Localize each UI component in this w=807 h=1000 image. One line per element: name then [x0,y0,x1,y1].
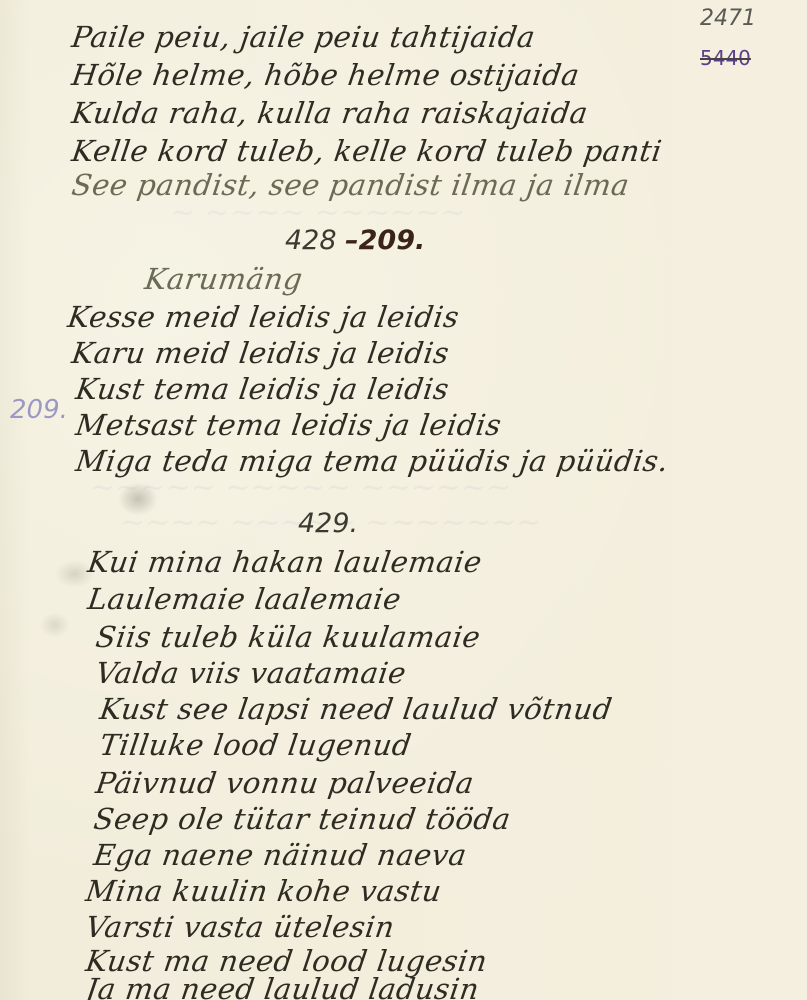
verse-line: Kui mina hakan laulemaie [86,545,485,579]
verse-line: Laulemaie laalemaie [86,582,404,616]
verse-line: Kelle kord tuleb, kelle kord tuleb panti [70,134,665,168]
song-number-primary: 428 [285,225,337,256]
verse-line: Paile peiu, jaile peiu tahtijaida [70,20,538,54]
ink-smudge [40,612,70,638]
ink-smudge [118,482,158,516]
archive-number: 2471 [700,6,756,31]
verse-line: Metsast tema leidis ja leidis [74,408,504,442]
song-title: Karumäng [143,262,305,296]
song-number-alt: –209. [345,225,425,256]
verse-line: Hõle helme, hõbe helme ostijaida [70,58,582,92]
verse-line: Mina kuulin kohe vastu [84,874,444,908]
verse-line: Ja ma need laulud ladusin [84,972,482,1000]
verse-line: Karu meid leidis ja leidis [70,336,452,370]
margin-note-number: 209. [10,395,68,425]
song-number: 429. [298,508,358,539]
verse-line: Päivnud vonnu palveeida [94,766,477,800]
song-number: 428 –209. [285,225,425,256]
archive-number-old-crossed: 5440 [700,46,751,70]
verse-line: Valda viis vaatamaie [94,656,409,690]
verse-line: Tilluke lood lugenud [98,728,414,762]
verse-line: Miga teda miga tema püüdis ja püüdis. [74,444,671,478]
verse-line: Varsti vasta ütelesin [84,910,397,944]
verse-line: Seep ole tütar teinud tööda [92,802,513,836]
verse-line: See pandist, see pandist ilma ja ilma [70,168,632,202]
verse-line: Ega naene näinud naeva [92,838,469,872]
verse-line: Kesse meid leidis ja leidis [66,300,462,334]
manuscript-page: ~ ~~~~ ~~~~~~ ~~~~~ ~~~~~ ~~~~~~ ~~~~ ~~… [0,0,807,1000]
verse-line: Kulda raha, kulla raha raiskajaida [70,96,591,130]
verse-line: Kust see lapsi need laulud võtnud [98,692,615,726]
verse-line: Siis tuleb küla kuulamaie [94,620,483,654]
verse-line: Kust tema leidis ja leidis [74,372,452,406]
